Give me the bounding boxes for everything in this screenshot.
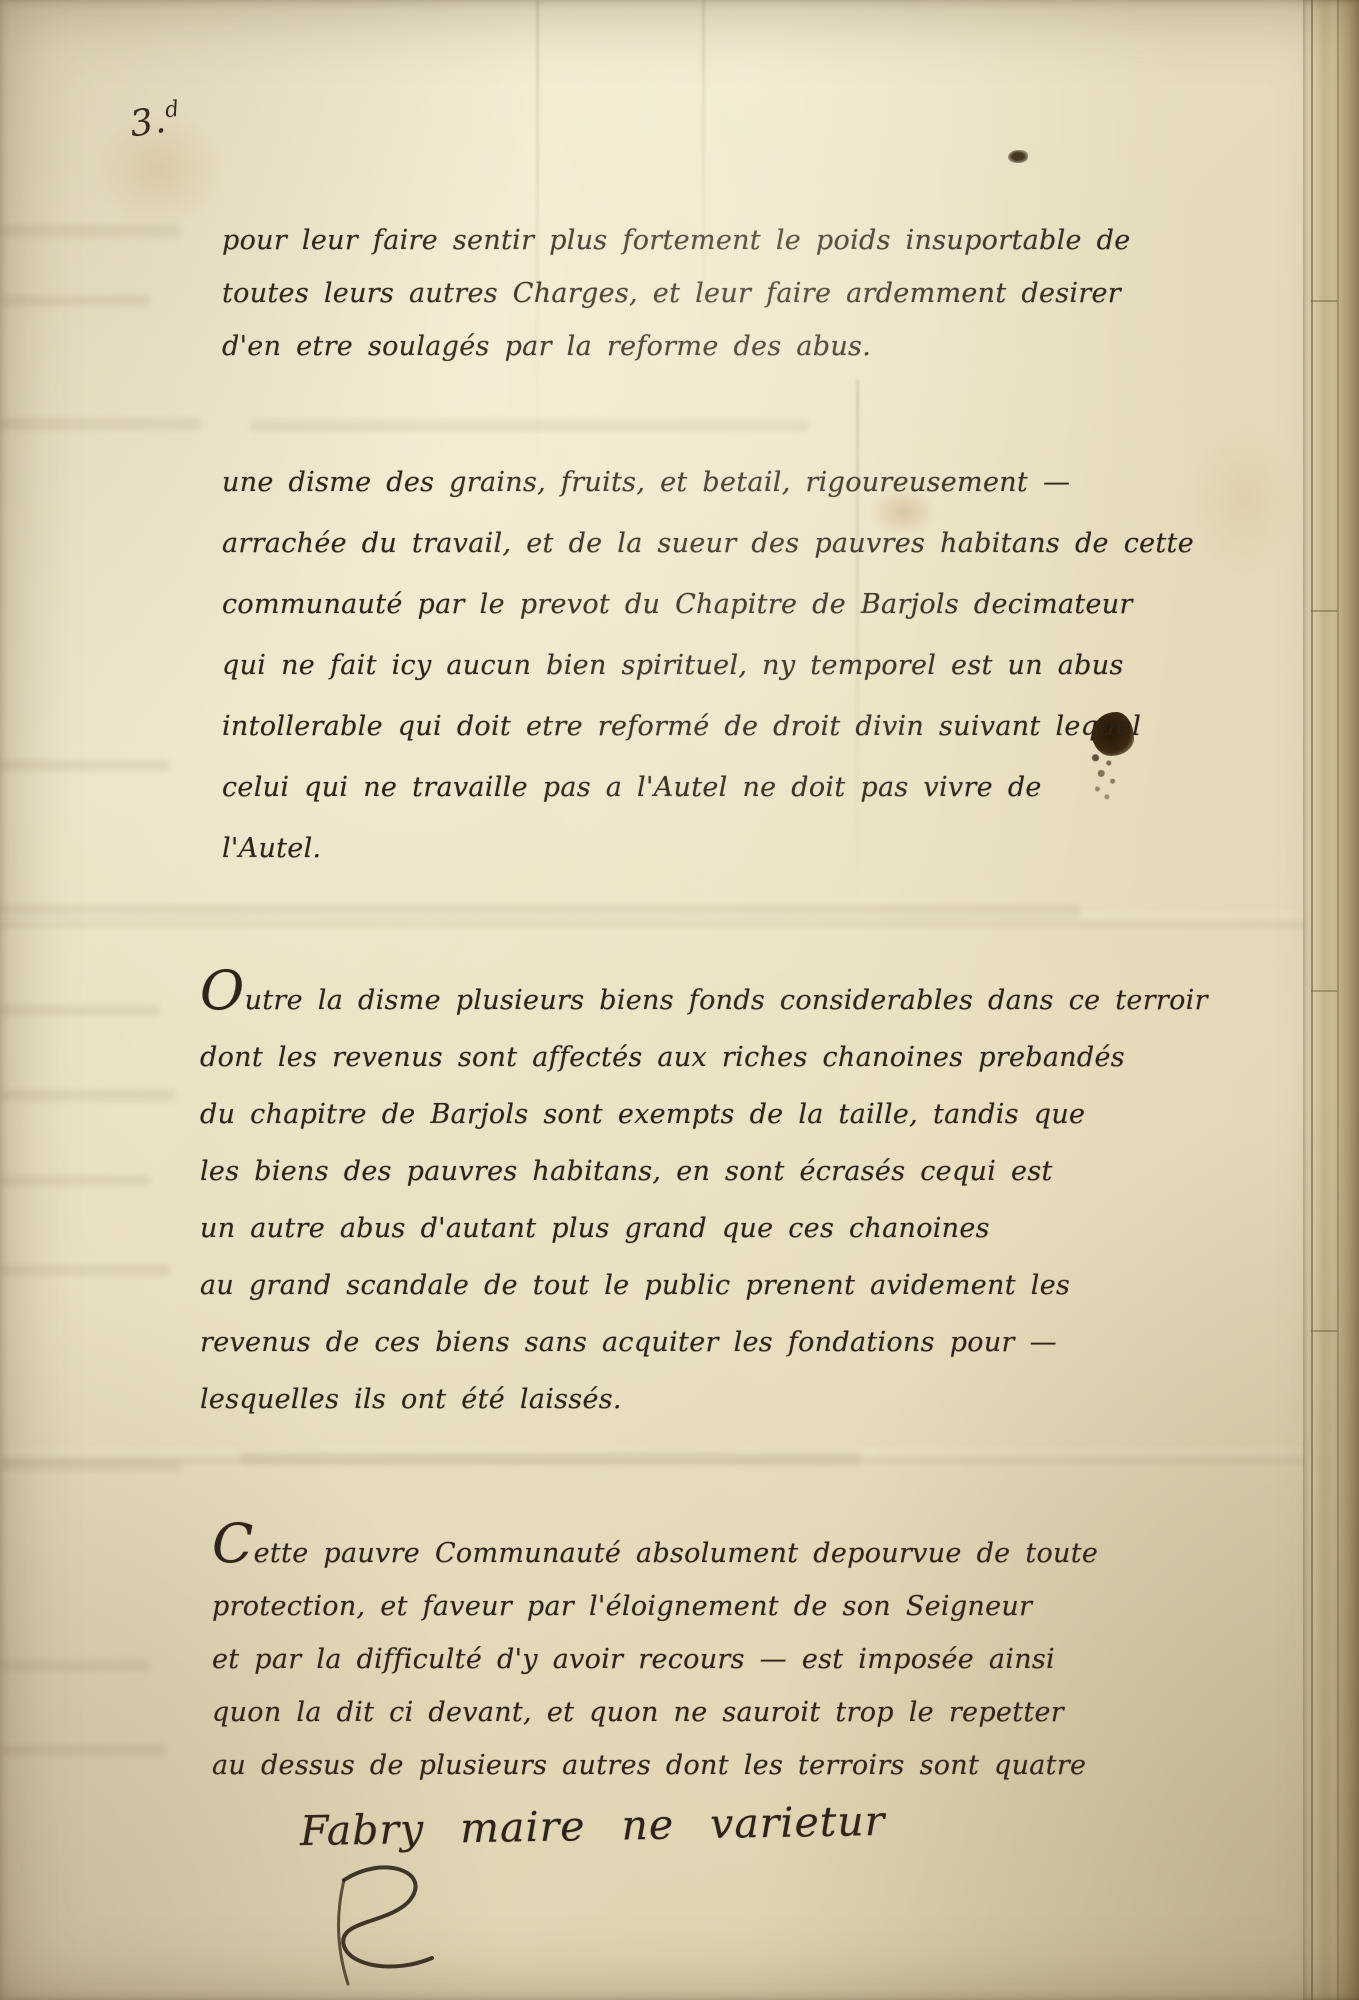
bleed-through-mark [0, 225, 180, 237]
manuscript-line: quon la dit ci devant, et quon ne sauroi… [212, 1686, 1098, 1739]
manuscript-line: lesquelles ils ont été laissés. [200, 1371, 1208, 1428]
manuscript-line: arrachée du travail, et de la sueur des … [222, 513, 1194, 574]
bleed-through-mark [240, 1452, 860, 1464]
page-edge-tick [1311, 610, 1337, 612]
manuscript-line: et par la difficulté d'y avoir recours —… [212, 1633, 1098, 1686]
manuscript-line: protection, et faveur par l'éloignement … [212, 1580, 1098, 1633]
paragraph: une disme des grains, fruits, et betail,… [222, 452, 1194, 879]
paraph-flourish-icon [314, 1862, 464, 1992]
bleed-through-mark [0, 295, 150, 306]
paragraph: Outre la disme plusieurs biens fonds con… [200, 972, 1208, 1428]
bleed-through-mark [0, 1265, 170, 1276]
page-edge-tick [1311, 1330, 1337, 1332]
bleed-through-mark [0, 1460, 180, 1471]
manuscript-line: celui qui ne travaille pas a l'Autel ne … [222, 757, 1194, 818]
paragraph: Cette pauvre Communauté absolument depou… [212, 1527, 1098, 1792]
paragraph: pour leur faire sentir plus fortement le… [222, 214, 1131, 373]
manuscript-line: les biens des pauvres habitans, en sont … [200, 1143, 1208, 1200]
bleed-through-mark [0, 905, 1080, 917]
folio-number: 3.d [127, 97, 184, 146]
signature: Fabry maire ne varietur [300, 1797, 886, 1855]
bleed-through-mark [0, 1005, 160, 1016]
manuscript-line: toutes leurs autres Charges, et leur fai… [222, 267, 1131, 320]
manuscript-line: intollerable qui doit etre reformé de dr… [222, 696, 1194, 757]
manuscript-line: Cette pauvre Communauté absolument depou… [212, 1527, 1098, 1580]
page-edge-tick [1311, 990, 1337, 992]
bleed-through-mark [250, 420, 810, 431]
manuscript-line: qui ne fait icy aucun bien spirituel, ny… [222, 635, 1194, 696]
bleed-through-mark [0, 1175, 150, 1186]
fold-crease [0, 1448, 1305, 1464]
bleed-through-mark [0, 1090, 175, 1101]
bleed-through-mark [0, 760, 170, 771]
manuscript-line: revenus de ces biens sans acquiter les f… [200, 1314, 1208, 1371]
manuscript-line: pour leur faire sentir plus fortement le… [222, 214, 1131, 267]
bleed-through-mark [0, 1660, 150, 1671]
manuscript-line: l'Autel. [222, 818, 1194, 879]
manuscript-line: au dessus de plusieurs autres dont les t… [212, 1739, 1098, 1792]
page-edge-tick [1311, 300, 1337, 302]
ink-speck [1008, 150, 1028, 163]
manuscript-line: d'en etre soulagés par la reforme des ab… [222, 320, 1131, 373]
manuscript-line: un autre abus d'autant plus grand que ce… [200, 1200, 1208, 1257]
signature-paraph [314, 1862, 464, 1996]
manuscript-line: dont les revenus sont affectés aux riche… [200, 1029, 1208, 1086]
bleed-through-mark [0, 1745, 165, 1756]
folio-number-value: 3. [127, 100, 169, 146]
fold-crease [0, 912, 1305, 928]
manuscript-line: Outre la disme plusieurs biens fonds con… [200, 972, 1208, 1029]
page-edge-line [1337, 0, 1339, 2000]
bleed-through-mark [0, 418, 200, 430]
paper-stain [1190, 420, 1300, 580]
manuscript-line: une disme des grains, fruits, et betail,… [222, 452, 1194, 513]
folio-number-superscript: d [163, 97, 181, 124]
manuscript-page: 3.d pour leur faire sentir plus fortemen… [0, 0, 1359, 2000]
manuscript-line: communauté par le prevot du Chapitre de … [222, 574, 1194, 635]
manuscript-line: au grand scandale de tout le public pren… [200, 1257, 1208, 1314]
manuscript-line: du chapitre de Barjols sont exempts de l… [200, 1086, 1208, 1143]
